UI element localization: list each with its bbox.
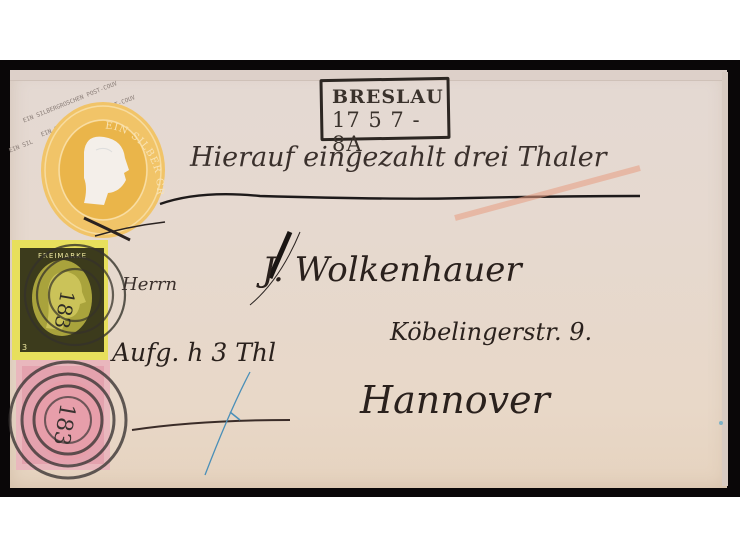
city: Hannover bbox=[360, 378, 550, 422]
salutation: Herrn bbox=[122, 274, 177, 295]
stamp-1sgr: 183 bbox=[10, 360, 126, 478]
payment-note: Hierauf eingezahlt drei Thaler bbox=[190, 142, 607, 173]
breslau-postmark: BRESLAU 17 5 7 - 8A bbox=[320, 78, 450, 138]
svg-text:3: 3 bbox=[22, 343, 27, 352]
postmark-town: BRESLAU bbox=[332, 86, 444, 108]
addressee-name: J. Wolkenhauer bbox=[262, 250, 522, 290]
side-note: Aufg. h 3 Thl bbox=[112, 338, 276, 367]
street-address: Köbelingerstr. 9. bbox=[390, 318, 592, 346]
stamp-3sgr: FREIMARKE 3 183 bbox=[12, 240, 125, 360]
embossed-stamp: EIN SILBER GROSCHEN bbox=[0, 0, 165, 238]
